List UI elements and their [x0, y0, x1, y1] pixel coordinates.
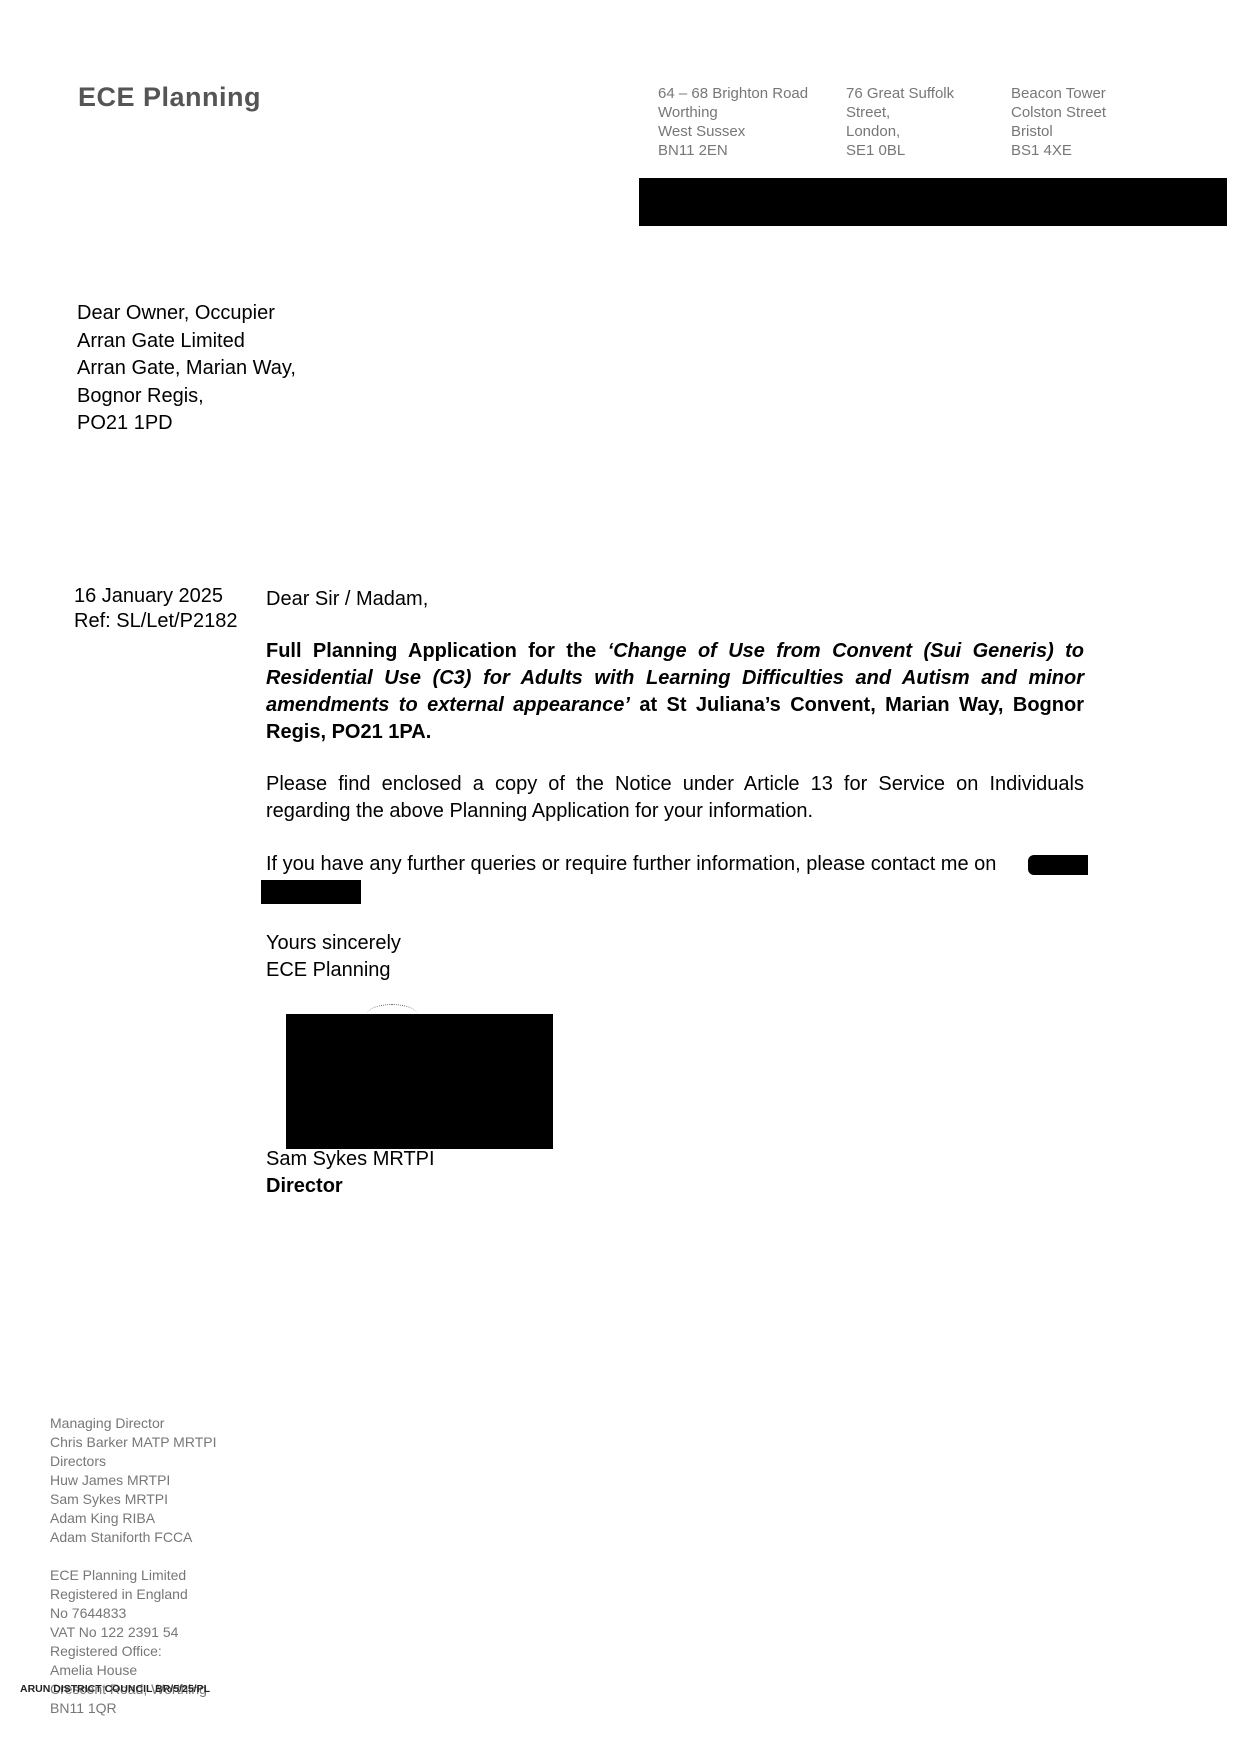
signoff-company: ECE Planning: [266, 957, 401, 984]
salutation: Dear Sir / Madam,: [266, 586, 1084, 613]
redaction-contact-1: [1028, 855, 1088, 875]
signer-role: Director: [266, 1173, 435, 1200]
company-logo: ECE Planning: [78, 82, 261, 113]
office-address-worthing: 64 – 68 Brighton Road Worthing West Suss…: [658, 84, 808, 160]
subject-line: Full Planning Application for the ‘Chang…: [266, 638, 1084, 746]
office-address-bristol: Beacon Tower Colston Street Bristol BS1 …: [1011, 84, 1106, 160]
body-paragraph-2: If you have any further queries or requi…: [266, 851, 1084, 878]
redaction-signature: [286, 1014, 553, 1149]
council-stamp: ARUN DISTRICT COUNCIL BR/5/25/PL: [20, 1683, 210, 1695]
recipient-address: Dear Owner, Occupier Arran Gate Limited …: [77, 300, 296, 438]
letter-reference: Ref: SL/Let/P2182: [74, 609, 237, 634]
closing: Yours sincerely: [266, 930, 401, 957]
footer-company-details: Managing Director Chris Barker MATP MRTP…: [50, 1414, 216, 1718]
redaction-block-header: [639, 178, 1227, 226]
letter-date: 16 January 2025: [74, 584, 237, 609]
sign-off: Yours sincerely ECE Planning: [266, 930, 401, 984]
redaction-contact-2: [261, 880, 361, 904]
office-address-london: 76 Great Suffolk Street, London, SE1 0BL: [846, 84, 954, 160]
date-reference-block: 16 January 2025 Ref: SL/Let/P2182: [74, 584, 237, 634]
body-paragraph-1: Please find enclosed a copy of the Notic…: [266, 771, 1084, 825]
signer-block: Sam Sykes MRTPI Director: [266, 1146, 435, 1200]
signer-name: Sam Sykes MRTPI: [266, 1146, 435, 1173]
